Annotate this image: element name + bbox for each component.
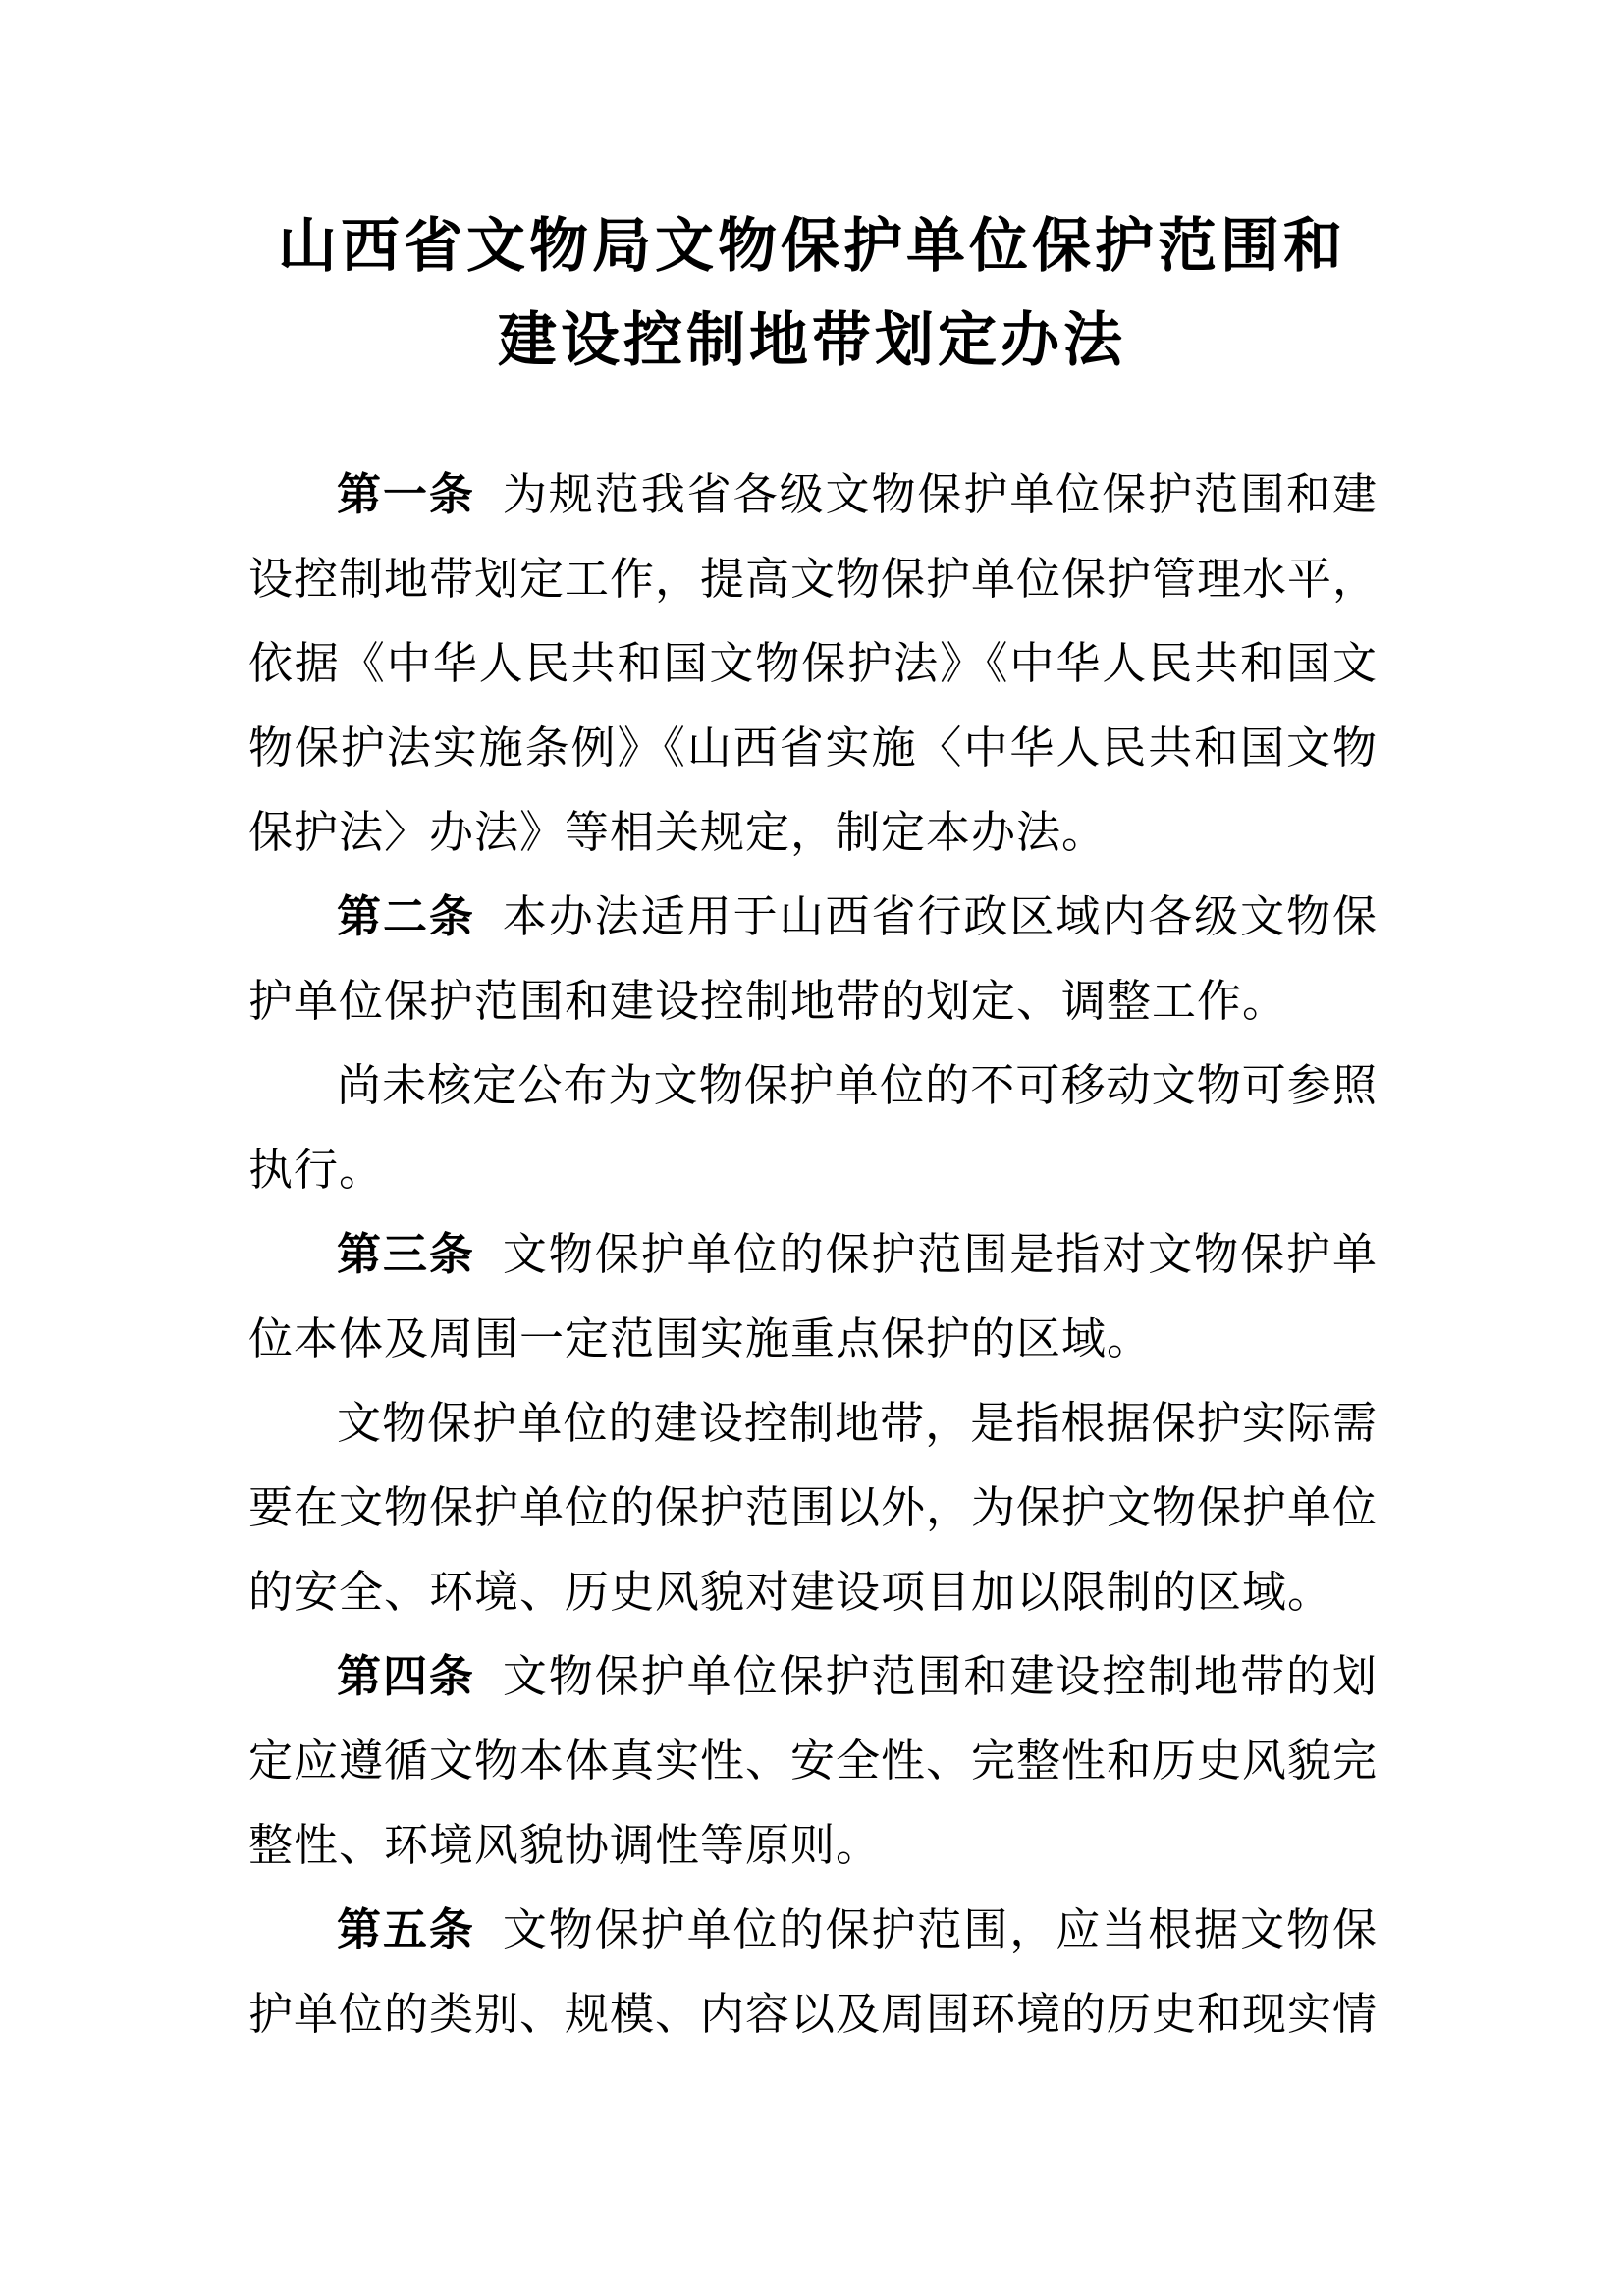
article-4-label: 第四条 <box>337 1650 475 1702</box>
article-1-text: 为规范我省各级文物保护单位保护范围和建设控制地带划定工作，提高文物保护单位保护管… <box>248 468 1378 858</box>
article-1-label: 第一条 <box>337 468 475 520</box>
article-2-supplement-text: 尚未核定公布为文物保护单位的不可移动文物可参照执行。 <box>248 1059 1378 1196</box>
document-body: 第一条为规范我省各级文物保护单位保护范围和建设控制地带划定工作，提高文物保护单位… <box>248 453 1378 2056</box>
document-page: 山西省文物局文物保护单位保护范围和 建设控制地带划定办法 第一条为规范我省各级文… <box>0 0 1624 2296</box>
article-2-label: 第二条 <box>337 890 475 942</box>
document-title: 山西省文物局文物保护单位保护范围和 建设控制地带划定办法 <box>0 199 1624 388</box>
article-3-supplement-text: 文物保护单位的建设控制地带，是指根据保护实际需要在文物保护单位的保护范围以外，为… <box>248 1397 1378 1618</box>
article-5-label: 第五条 <box>337 1903 475 1955</box>
title-line-2: 建设控制地带划定办法 <box>0 294 1624 388</box>
paragraph-article-3-supplement: 文物保护单位的建设控制地带，是指根据保护实际需要在文物保护单位的保护范围以外，为… <box>248 1381 1378 1634</box>
article-3-label: 第三条 <box>337 1228 475 1280</box>
paragraph-article-3: 第三条文物保护单位的保护范围是指对文物保护单位本体及周围一定范围实施重点保护的区… <box>248 1212 1378 1381</box>
paragraph-article-5: 第五条文物保护单位的保护范围，应当根据文物保护单位的类别、规模、内容以及周围环境… <box>248 1888 1378 2056</box>
paragraph-article-1: 第一条为规范我省各级文物保护单位保护范围和建设控制地带划定工作，提高文物保护单位… <box>248 453 1378 875</box>
paragraph-article-2: 第二条本办法适用于山西省行政区域内各级文物保护单位保护范围和建设控制地带的划定、… <box>248 875 1378 1043</box>
paragraph-article-2-supplement: 尚未核定公布为文物保护单位的不可移动文物可参照执行。 <box>248 1043 1378 1212</box>
title-line-1: 山西省文物局文物保护单位保护范围和 <box>0 199 1624 294</box>
paragraph-article-4: 第四条文物保护单位保护范围和建设控制地带的划定应遵循文物本体真实性、安全性、完整… <box>248 1634 1378 1888</box>
